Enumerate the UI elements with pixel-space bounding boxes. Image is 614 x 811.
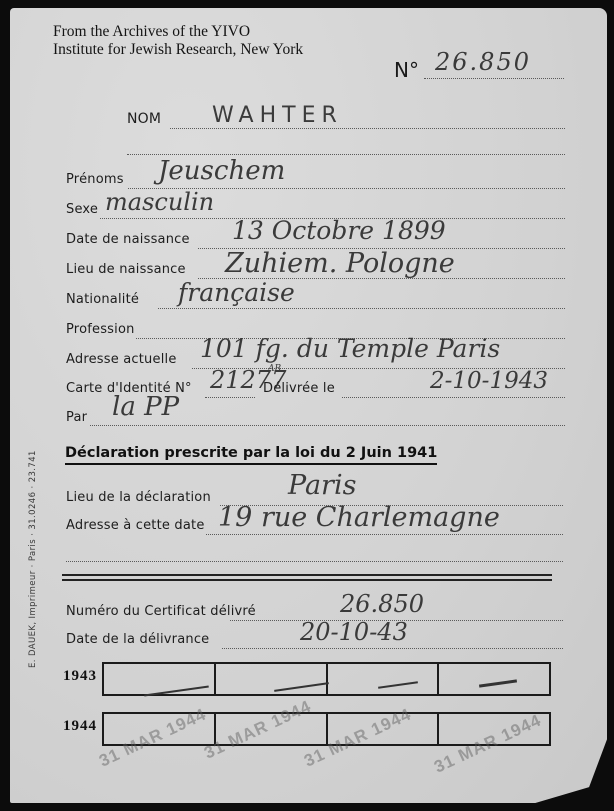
prenoms-label: Prénoms bbox=[66, 172, 124, 187]
prenoms-value: Jeuschem bbox=[158, 156, 285, 186]
date-naissance-value: 13 Octobre 1899 bbox=[232, 216, 446, 245]
quarter-cell bbox=[104, 664, 216, 694]
quarter-cell bbox=[328, 664, 440, 694]
adresse-declaration-label: Adresse à cette date bbox=[66, 518, 205, 533]
year-1944-label: 1944 bbox=[63, 718, 97, 735]
adresse-declaration-line bbox=[206, 534, 563, 535]
quarters-row-1943 bbox=[102, 662, 551, 696]
par-label: Par bbox=[66, 410, 87, 425]
lieu-naissance-value: Zuhiem. Pologne bbox=[225, 248, 455, 279]
lieu-declaration-label: Lieu de la déclaration bbox=[66, 490, 211, 505]
delivree-le-line bbox=[342, 397, 565, 398]
delivree-le-value: 2-10-1943 bbox=[430, 368, 548, 394]
date-delivrance-value: 20-10-43 bbox=[300, 618, 408, 646]
nom-line bbox=[170, 128, 565, 129]
printer-imprint: E. DAUEK, Imprimeur · Paris · 31.0246 · … bbox=[28, 450, 38, 668]
par-line bbox=[90, 425, 565, 426]
card-number-line bbox=[424, 78, 564, 79]
sexe-value: masculin bbox=[105, 188, 214, 216]
certificat-numero-value: 26.850 bbox=[340, 590, 424, 618]
card-number-label: N° bbox=[394, 58, 419, 82]
quarter-cell bbox=[439, 664, 549, 694]
archive-line-1: From the Archives of the YIVO bbox=[53, 23, 303, 41]
carte-identite-line bbox=[205, 397, 255, 398]
blank-line bbox=[127, 154, 565, 155]
registration-card: From the Archives of the YIVO Institute … bbox=[10, 8, 607, 803]
nom-value: WAHTER bbox=[212, 103, 343, 128]
nationalite-line bbox=[158, 308, 565, 309]
carte-identite-superscript: AB bbox=[268, 364, 281, 374]
par-value: la PP bbox=[112, 392, 179, 422]
nationalite-value: française bbox=[178, 278, 295, 307]
adresse-actuelle-label: Adresse actuelle bbox=[66, 352, 177, 367]
nationalite-label: Nationalité bbox=[66, 292, 139, 307]
double-rule-bottom bbox=[62, 579, 552, 581]
adresse-declaration-value: 19 rue Charlemagne bbox=[218, 502, 500, 533]
date-naissance-label: Date de naissance bbox=[66, 232, 190, 247]
lieu-naissance-label: Lieu de naissance bbox=[66, 262, 186, 277]
nom-label: NOM bbox=[127, 111, 161, 127]
sexe-label: Sexe bbox=[66, 202, 98, 217]
archive-header: From the Archives of the YIVO Institute … bbox=[53, 23, 303, 59]
date-delivrance-line bbox=[222, 648, 563, 649]
declaration-heading: Déclaration prescrite par la loi du 2 Ju… bbox=[65, 445, 437, 465]
lieu-declaration-value: Paris bbox=[288, 470, 356, 501]
date-delivrance-label: Date de la délivrance bbox=[66, 632, 209, 647]
adresse-actuelle-value: 101 fg. du Temple Paris bbox=[200, 334, 500, 363]
profession-label: Profession bbox=[66, 322, 135, 337]
blank-declaration-line bbox=[66, 561, 563, 562]
certificat-numero-label: Numéro du Certificat délivré bbox=[66, 604, 256, 619]
card-number-value: 26.850 bbox=[435, 48, 531, 76]
year-1943-label: 1943 bbox=[63, 668, 97, 685]
archive-line-2: Institute for Jewish Research, New York bbox=[53, 41, 303, 59]
quarter-cell bbox=[216, 664, 328, 694]
delivree-le-label: Délivrée le bbox=[263, 381, 335, 396]
double-rule-top bbox=[62, 574, 552, 576]
